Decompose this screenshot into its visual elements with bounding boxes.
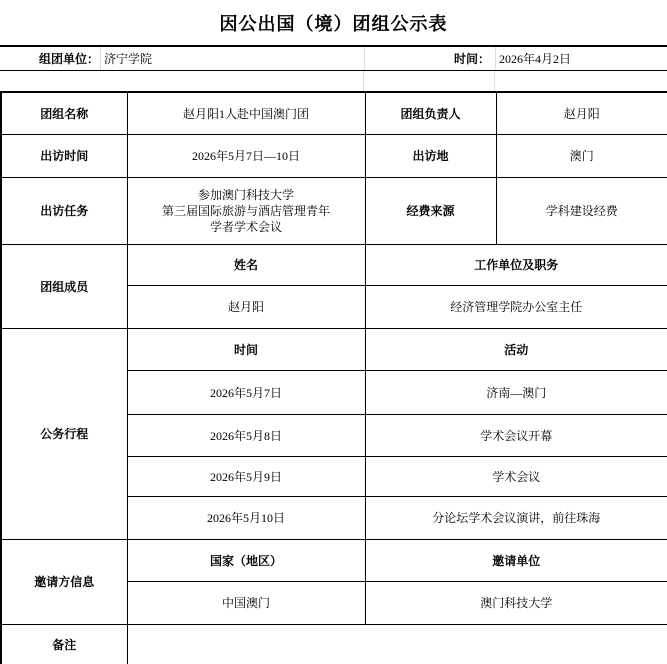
gridline: [363, 71, 364, 91]
inviter-unit: 澳门科技大学: [365, 581, 667, 624]
task-label: 出访任务: [1, 177, 127, 244]
schedule-activity: 学术会议开幕: [365, 414, 667, 456]
funding-label: 经费来源: [365, 177, 496, 244]
group-name-label: 团组名称: [1, 92, 127, 134]
schedule-activity: 学术会议: [365, 456, 667, 496]
date-label: 时间：: [364, 47, 495, 70]
inviter-section-label: 邀请方信息: [1, 539, 127, 624]
table-row: 公务行程 时间 活动: [1, 328, 667, 370]
visit-time-label: 出访时间: [1, 134, 127, 177]
schedule-date: 2026年5月10日: [127, 496, 365, 539]
inviter-unit-header: 邀请单位: [365, 539, 667, 581]
table-row: 团组成员 姓名 工作单位及职务: [1, 244, 667, 285]
table-row: 备注: [1, 624, 667, 664]
schedule-date: 2026年5月7日: [127, 370, 365, 414]
schedule-section-label: 公务行程: [1, 328, 127, 539]
inviter-country-header: 国家（地区）: [127, 539, 365, 581]
member-name-header: 姓名: [127, 244, 365, 285]
table-row: 出访时间 2026年5月7日—10日 出访地 澳门: [1, 134, 667, 177]
org-unit-label: 组团单位：: [0, 47, 100, 70]
schedule-time-header: 时间: [127, 328, 365, 370]
schedule-activity: 济南—澳门: [365, 370, 667, 414]
header-gap-strip: [0, 71, 667, 91]
member-name: 赵月阳: [127, 285, 365, 328]
org-unit-value: 济宁学院: [100, 47, 364, 70]
member-work: 经济管理学院办公室主任: [365, 285, 667, 328]
public-notice-form: 因公出国（境）团组公示表 组团单位： 济宁学院 时间： 2026年4月2日 团组…: [0, 0, 667, 664]
page-title: 因公出国（境）团组公示表: [0, 0, 667, 45]
destination-value: 澳门: [496, 134, 667, 177]
visit-time-value: 2026年5月7日—10日: [127, 134, 365, 177]
group-info-table: 团组名称 赵月阳1人赴中国澳门团 团组负责人 赵月阳 出访时间 2026年5月7…: [0, 91, 667, 664]
members-section-label: 团组成员: [1, 244, 127, 328]
table-row: 邀请方信息 国家（地区） 邀请单位: [1, 539, 667, 581]
table-row: 团组名称 赵月阳1人赴中国澳门团 团组负责人 赵月阳: [1, 92, 667, 134]
gridline: [494, 71, 495, 91]
group-leader-value: 赵月阳: [496, 92, 667, 134]
schedule-activity: 分论坛学术会议演讲，前往珠海: [365, 496, 667, 539]
table-row: 出访任务 参加澳门科技大学 第三届国际旅游与酒店管理青年 学者学术会议 经费来源…: [1, 177, 667, 244]
date-value: 2026年4月2日: [495, 47, 667, 70]
remarks-value: [127, 624, 667, 664]
schedule-activity-header: 活动: [365, 328, 667, 370]
member-work-header: 工作单位及职务: [365, 244, 667, 285]
destination-label: 出访地: [365, 134, 496, 177]
schedule-date: 2026年5月8日: [127, 414, 365, 456]
form-header-row: 组团单位： 济宁学院 时间： 2026年4月2日: [0, 45, 667, 71]
schedule-date: 2026年5月9日: [127, 456, 365, 496]
task-value: 参加澳门科技大学 第三届国际旅游与酒店管理青年 学者学术会议: [127, 177, 365, 244]
funding-value: 学科建设经费: [496, 177, 667, 244]
remarks-label: 备注: [1, 624, 127, 664]
group-name-value: 赵月阳1人赴中国澳门团: [127, 92, 365, 134]
inviter-country: 中国澳门: [127, 581, 365, 624]
group-leader-label: 团组负责人: [365, 92, 496, 134]
